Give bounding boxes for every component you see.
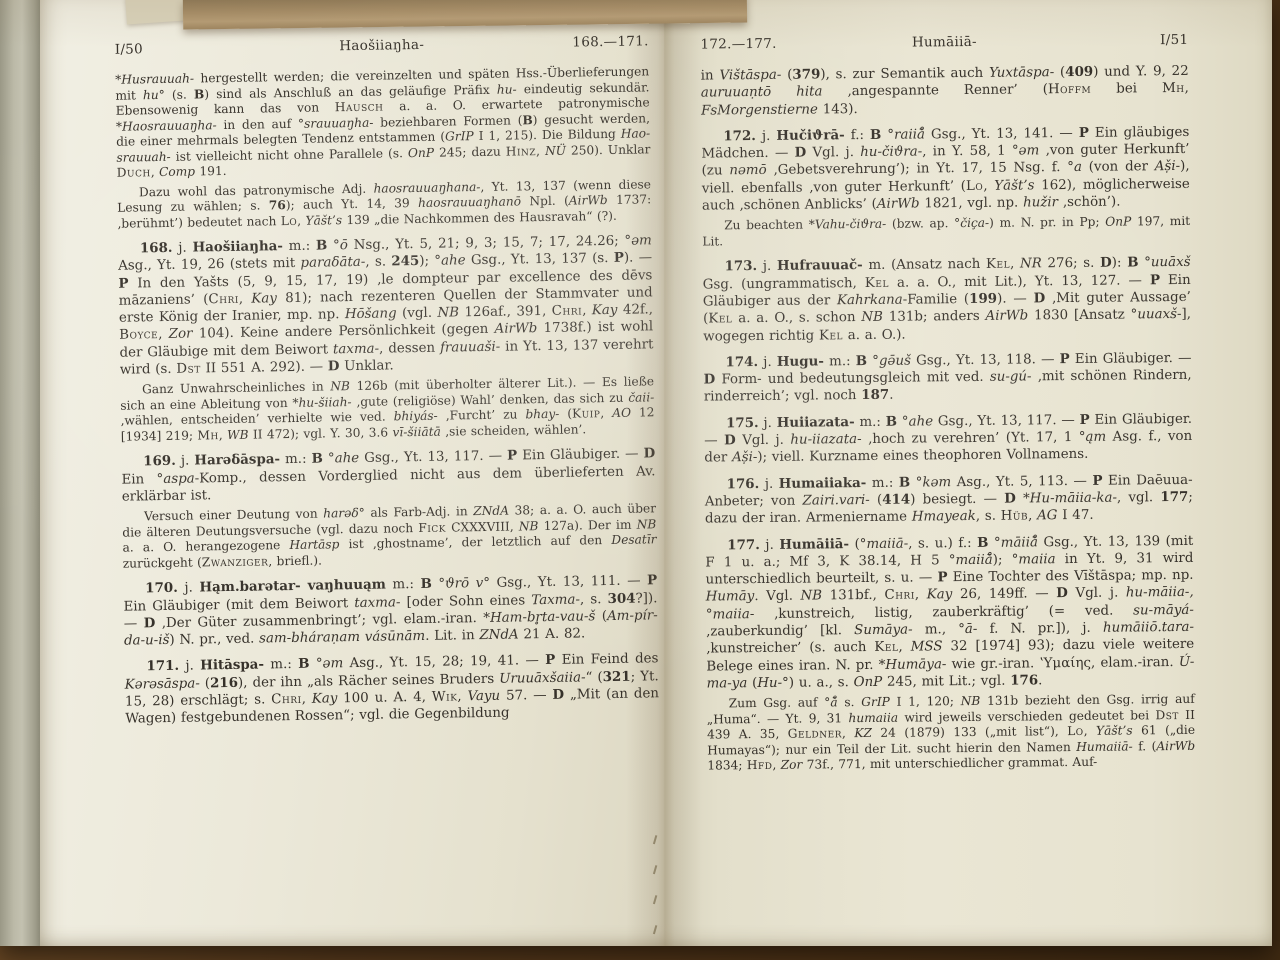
text-run: 1834; [707,758,747,772]
text-run: in den auf [217,116,299,131]
text-run: . [889,388,893,403]
text-run: °maiia [1012,552,1056,567]
text-run: Humāy [706,590,755,605]
text-run: ‚kunstreicher’ (s. auch [706,640,874,657]
text-run: °aspa [156,471,194,487]
text-run: B [1127,255,1138,271]
text-run: B [856,353,867,369]
text-run: Chri [552,304,583,319]
text-run: Zor [781,758,803,772]
text-run: Wik [432,689,458,704]
text-run: Chri [208,292,239,307]
text-run: ‚kunstreich, listig, zauberkräftig’ (= v… [754,603,1133,622]
text-run: ‚hoch zu verehren’ (Yt. 17, 1 [862,430,1079,447]
text-run: 409 [1065,64,1093,80]
text-run: D [1056,585,1068,601]
text-run: Kel [865,275,889,290]
text-run: B [311,451,323,467]
entry-170: 170. j. Hąm.barətar- vaŋhuuąm m.: B °ϑrō… [123,573,658,651]
book-cover-cloth-edge [0,0,40,946]
text-run: Versuch einer Deutung von [144,507,323,524]
text-run: B [899,474,910,490]
text-run: m.: [283,239,316,255]
text-run: Aṣ̌i- [732,450,758,465]
text-run: ‚Gebetsverehrung’); in Yt. 17, 15 Nsg. f… [767,161,1068,179]
text-run: m.: [866,475,899,490]
text-run: su-māyá- [1133,603,1194,619]
text-run: Zu beachten [724,218,809,233]
text-run: haosrauuaŋhana- [373,180,480,196]
text-run: D [1033,290,1045,306]
text-run: , s. [976,509,1001,524]
text-run: 187 [861,387,889,403]
text-run: ‚Furcht’ zu [438,408,526,423]
text-run: P [1060,351,1070,367]
text-run: Lo [1067,724,1084,738]
text-run: ‚sie scheiden, wählen’. [441,422,587,438]
text-run: j. [760,537,780,552]
text-run: 57. — [500,688,553,704]
text-run: P [118,275,128,291]
text-run: taxma- [333,341,379,357]
text-run: paraδāta- [300,255,365,271]
text-run: 168. [140,240,173,257]
text-run: AirWb [877,197,920,212]
text-run: sam-bháraṇam vásūnām [259,629,425,647]
left-page-content: I/50 Haošiiaŋha- 168.—171. *Husrauuah- h… [40,0,664,729]
text-run: D [328,358,340,374]
text-run: FsMorgenstierne [701,102,818,118]
right-entry-range: 172.—177. [700,36,776,53]
text-run: Sumāya- [854,623,913,639]
text-run: Hartāsp [289,538,339,553]
right-page-body: in Vištāspa- (379), s. zur Semantik auch… [701,63,1196,774]
text-run: , [239,292,252,307]
text-run: Uruuāxšaiia- [499,670,586,686]
text-run: Gsg., Yt. 13, 117. — [359,449,507,466]
text-run: P [614,250,624,266]
text-run: 177. [727,537,760,553]
text-run: ). — [624,251,652,266]
text-run: Hučiϑrā- [776,127,844,144]
text-run: 170. [145,580,178,597]
text-run: Ein Gläubiger (mit dem Beiwort [123,596,354,615]
text-run: 250). Unklar [566,142,651,157]
text-run: nəmō [729,163,766,178]
text-run: vī-šiiātā [392,425,441,440]
text-run: P [1150,272,1160,288]
text-run: , [457,689,467,704]
text-run: °ahe [434,254,465,269]
text-run: Fick [418,520,446,534]
text-run: °ō [333,238,348,253]
text-run: bhiyás- [394,409,438,424]
text-run: *Haosrauuaŋha- [116,118,217,134]
text-run: , [582,303,592,318]
text-run: ( [870,493,883,508]
text-run: j. [179,659,200,674]
text-run: P [1079,125,1089,141]
text-run: 245; dazu [434,144,506,159]
text-run: , [1185,81,1189,96]
text-run: *Husrauuah- [115,71,194,86]
text-run: D [552,687,564,703]
entry-176: 176. j. Humaiiaka- m.: B °kəm Asg., Yt. … [705,472,1193,529]
text-run: °ā- [958,622,977,637]
text-run: B [298,656,310,672]
text-run: P [1079,412,1089,428]
text-run: ); [993,552,1012,567]
text-run: Yāšt’s [994,178,1034,193]
text-run: 104). Keine andere Persönlichkeit (gegen [192,322,494,342]
text-run: B [316,237,328,253]
text-run: 1821, vgl. np. [919,196,1023,212]
stitch-mark [653,865,663,876]
text-run: 127a). Der im [538,517,636,533]
entry-177: 177. j. Humāiiā- (°maiiā-, s. u.) f.: B … [705,532,1194,692]
text-run: °uuaxš- [1131,307,1182,322]
text-run: CXXXVIII, [446,519,519,534]
text-run: 173. [724,258,757,274]
text-run: ) N. pr., ved. [169,632,259,648]
text-run: Gsg., Yt. 13, 141. — [925,126,1079,142]
text-run: humaiia [848,710,898,724]
left-page-body: *Husrauuah- hergestellt werden; die vere… [115,64,659,728]
text-run: ) u. a., s. [789,675,854,691]
entry-172: 172. j. Hučiϑrā- f.: B °raiiā̊ Gsg., Yt.… [701,124,1190,215]
text-run: m.: [264,657,298,673]
text-run: 24 (1879) 133 („mit list“), [872,724,1067,740]
text-run: °māiiā̊ [994,535,1038,550]
right-page-content: 172.—177. Humāiiā- I/51 in Vištāspa- (37… [664,0,1272,775]
text-run: Humāiiā- [779,536,849,553]
text-run: AirWb [495,322,538,338]
text-run: ). — [997,291,1034,306]
text-run: II 551 A. 292). — [201,360,328,377]
text-run: 174. [725,354,758,370]
text-run: -Komp., dessen Vorderglied nicht aus dem… [122,464,656,505]
text-run: bei [1091,81,1162,97]
text-run: haosrauuaŋhanō [418,194,521,210]
text-run: ( [849,537,860,552]
text-run: D [795,145,807,161]
text-run: II 472); vgl. Y. 30, 3.6 [248,425,392,441]
text-run: *Humāya- [879,657,947,673]
text-run: 276; s. [1042,256,1100,272]
text-run: zurückgeht ( [123,555,202,570]
text-run: Taxma- [531,592,580,608]
text-run: Kərəsāspa- [125,676,200,692]
text-run: Dst [1155,708,1179,722]
text-run: 169. [143,453,176,470]
text-run: Kay [312,691,338,706]
text-run: ) und Y. 9, 22 [1093,64,1189,80]
text-run: 379 [792,66,820,82]
text-run: Ein Gläubiger. — [1070,351,1192,367]
text-run: OnP [1105,215,1131,229]
text-run: s. [838,695,862,709]
text-run: 199 [969,291,997,307]
text-run: NB [519,519,539,533]
text-run: * [1016,491,1030,506]
text-run: WB [227,428,249,442]
text-run: 216 [210,675,238,691]
left-page: I/50 Haošiiaŋha- 168.—171. *Husrauuah- h… [40,0,664,946]
text-run: Gsg., Yt. 13, 118. — [911,352,1060,368]
text-run: harəδ° [323,506,365,521]
text-run: Hmayeak [912,509,976,525]
text-run: Zwanziger [202,554,269,569]
text-run: m.: [280,452,312,467]
text-run: Dazu wohl das patronymische Adj. [139,181,374,199]
note-169: Versuch einer Deutung von harəδ° als Far… [122,502,657,572]
text-run: frauuaši- [440,339,500,355]
text-run: Yāšt’s [305,213,342,228]
text-run: Zairi.vari- [802,493,869,509]
binding-stitches [654,836,668,946]
text-run: , [898,640,910,655]
text-run: P [507,448,517,464]
text-run: 176. [727,476,760,492]
text-run: 177 [1160,489,1188,505]
text-run: hužir [1023,195,1058,210]
text-run: 42f., [617,303,653,319]
text-run: Hausch [335,100,384,115]
text-run: NB [330,379,350,393]
text-run: Chri [884,588,915,603]
text-run: Kel [874,640,898,655]
text-run: Geldner [788,726,842,741]
text-run: (s. [165,87,194,101]
text-run: D [143,615,155,631]
text-run: °ā̊ [824,695,838,709]
text-run: Asg., Yt. 19, 26 (stets mit [118,256,301,274]
text-run: , in Y. 58, 1 [922,144,1012,160]
text-run: Comp [159,164,195,179]
text-run: B [886,413,897,429]
text-run: Hüb [1001,509,1029,524]
text-run: ); auch Yt. 14, 39 [286,196,419,212]
text-run: , vgl. [1117,490,1161,505]
text-run: P [647,573,657,589]
text-run: ): [1112,256,1128,271]
text-run: KZ [854,726,872,740]
text-run: j. [758,355,777,370]
text-run: NB [437,306,459,321]
text-run: Hoffm [1048,82,1091,97]
text-run: ); [419,254,434,269]
text-run: m.: [386,577,421,593]
text-run: Hugu- [777,353,824,369]
text-run: 143). [818,102,858,117]
text-run: *Vahu-čiϑra- [809,217,887,232]
text-run: OnP [854,675,883,690]
text-run: Kel [986,257,1010,272]
text-run: Hitāspa- [200,657,264,674]
text-run: Haošiiaŋha- [192,238,283,255]
text-run: NÜ [545,143,566,157]
text-run: , [842,726,854,740]
text-run: Gsg., Yt. 13, 111. — [490,574,647,591]
note-172: Zu beachten *Vahu-čiϑra- (bzw. ap. °čiça… [702,214,1190,250]
text-run: ) m. N. pr. in Pp; [989,215,1105,230]
text-run: 245, mit Lit.; vgl. [882,674,1010,690]
right-page: 172.—177. Humāiiā- I/51 in Vištāspa- (37… [664,0,1272,946]
text-run: , s. [580,592,608,607]
text-run: hu° [143,87,165,101]
text-run: Gsg., Yt. 13, 117. — [933,413,1080,429]
text-run: wird jeweils verschieden gedeutet bei [898,708,1155,724]
text-run: B [870,127,881,143]
text-run: Nsg., Yt. 5, 21; 9, 3; 15, 7; 17, 24.26; [348,234,625,253]
text-run: 76 [269,198,286,212]
text-run: ), der ihn „als Rächer seines Bruders [238,672,499,691]
entry-171: 171. j. Hitāspa- m.: B °əm Asg., Yt. 15,… [124,651,659,729]
text-run: f.: [845,128,870,143]
text-run: °a [1067,160,1082,175]
stitch-mark [653,925,663,936]
text-run: (vgl. [397,306,438,322]
book-photo: { "photo": { "table_color": "#56391c", "… [0,0,1280,960]
text-run: m., [913,622,959,637]
text-run: ist ‚ghostname’, der letztlich auf den [339,533,611,551]
text-run: Hfd [747,758,773,772]
continuation-husrauuah: *Husrauuah- hergestellt werden; die vere… [115,64,651,181]
text-run: ( [781,68,792,83]
text-run: , [915,588,927,603]
text-run: Eine Tochter des Vīštāspa; mp. np. [947,568,1193,585]
text-run: Hu-māiia-ka- [1030,491,1117,507]
text-run: , [600,406,612,420]
text-run: Chri [271,692,302,707]
text-run: , s. [365,255,391,270]
text-run: °gə̄uš [872,353,911,368]
text-run: hu- [497,82,517,96]
text-run: 304 [607,590,635,606]
text-run: a. a. O., s. schon [732,310,861,326]
text-run: ‚zauberkundig’ [kl. [706,623,854,639]
text-run: 73f., 771, mit unterschiedlicher grammat… [802,755,1097,772]
text-run: Ganz Unwahrscheinliches in [142,380,330,397]
text-run: 100 u. A. 4, [337,690,432,706]
text-run: °ahe [328,451,359,466]
text-run: Ein Gläubiger. — [517,447,644,464]
text-run: Asg., Yt. 15, 28; 19, 41. — [343,654,545,672]
text-run: hu-čiϑra- [860,145,922,161]
text-run: Humaiiā- [1076,739,1133,754]
text-run: I 1, 215). Die Bildung [474,127,621,143]
text-run: AirWb [1156,739,1195,753]
text-run: a. a. O. herangezogene [122,538,289,555]
text-run: 21 A. 82. [519,627,586,643]
text-run: čaii- [628,390,654,404]
text-run: B [420,576,432,592]
text-run: AirWb [985,309,1028,324]
text-run: P [545,652,555,668]
text-run: , [983,179,994,194]
text-run: Harəδāspa- [194,452,280,469]
text-run: 131b; anders [883,309,986,325]
text-run: [oder Sohn eines [400,593,531,610]
text-run: Vayu [467,689,500,705]
note-177: Zum Gsg. auf °ā̊ s. GrIP I 1, 120; NB 13… [707,692,1196,774]
text-run: auruuaṇtō hita [701,85,823,101]
text-run: (bzw. ap. [886,217,954,232]
text-run: °maiiā̊ [949,553,993,568]
text-run: Zor [169,327,193,342]
text-run: ( [1054,65,1065,80]
text-run: als Farb-Adj. in [365,504,474,520]
text-run: 126af., 391, [459,304,552,320]
text-run: P [1092,472,1102,488]
text-run: °ahe [902,414,933,429]
text-run: Kel [708,312,732,327]
text-run: D [724,432,736,448]
text-run: Kel [819,328,843,343]
text-run: NB [961,694,981,708]
text-run: B [194,87,205,101]
text-run: hu-iiazata- [790,432,861,448]
text-run: 139 „die Nachkommen des Hausravah“ (?). [342,208,617,226]
text-run: °əm [316,657,344,672]
text-run: 171. [146,658,179,675]
text-run: NB [637,517,657,531]
text-run: °əm [1012,144,1039,159]
text-run: Vgl. j. [806,145,860,161]
text-run: j. [756,129,777,144]
text-run: Vištāspa- [719,68,781,84]
text-run: Gsg., Yt. 13, 137 (s. [465,251,613,268]
text-run: °uuāxš [1144,255,1191,270]
text-run: °kəm [916,475,952,490]
text-run: a. a. O., mit Lit.), Yt. 13, 127. — [889,273,1150,291]
text-run: Hufrauuač- [777,257,863,274]
text-run: a. a. O.). [843,327,906,343]
text-run: Mh [1162,81,1185,96]
text-run: °srauuaŋha- [298,115,374,130]
text-run: ‚schön’). [1058,195,1121,211]
text-run: °raiiā̊ [887,127,925,142]
text-run: Boyce [119,328,158,344]
text-run: . Lit. in [425,628,479,644]
text-run: AirWb [569,193,608,208]
text-run: Ein Feind des [555,652,658,669]
text-run: j. [172,241,192,256]
text-run: Huiiazata- [777,414,855,431]
text-run: Vgl. j. [1068,586,1126,602]
text-run: , briefl.). [268,553,322,568]
text-run: 131bf., [822,588,884,604]
text-run: humāiiō.tara- [1103,620,1194,636]
note-haosrauuanhana: Dazu wohl das patronymische Adj. haosrau… [117,177,652,232]
text-run: j. [176,454,195,469]
text-run: , [158,327,169,342]
text-run: ), s. zur Semantik auch [820,66,989,83]
stitch-mark [653,895,663,906]
right-folio-number: I/51 [1160,32,1188,48]
text-run: 245 [391,253,419,269]
text-run: ( [747,676,757,691]
text-run: °ϑrō v° [438,576,490,592]
entry-174: 174. j. Hugu- m.: B °gə̄uš Gsg., Yt. 13,… [703,350,1191,407]
text-run: m.: [824,354,856,369]
text-run: ) besiegt. — [910,492,1004,508]
text-run: Lo [966,179,983,194]
text-run: Humaiiaka- [779,475,867,492]
left-entry-range: 168.—171. [572,33,649,50]
entry-169: 169. j. Harəδāspa- m.: B °ahe Gsg., Yt. … [121,446,656,506]
text-run: Asg., Yt. 5, 113. — [951,473,1092,489]
